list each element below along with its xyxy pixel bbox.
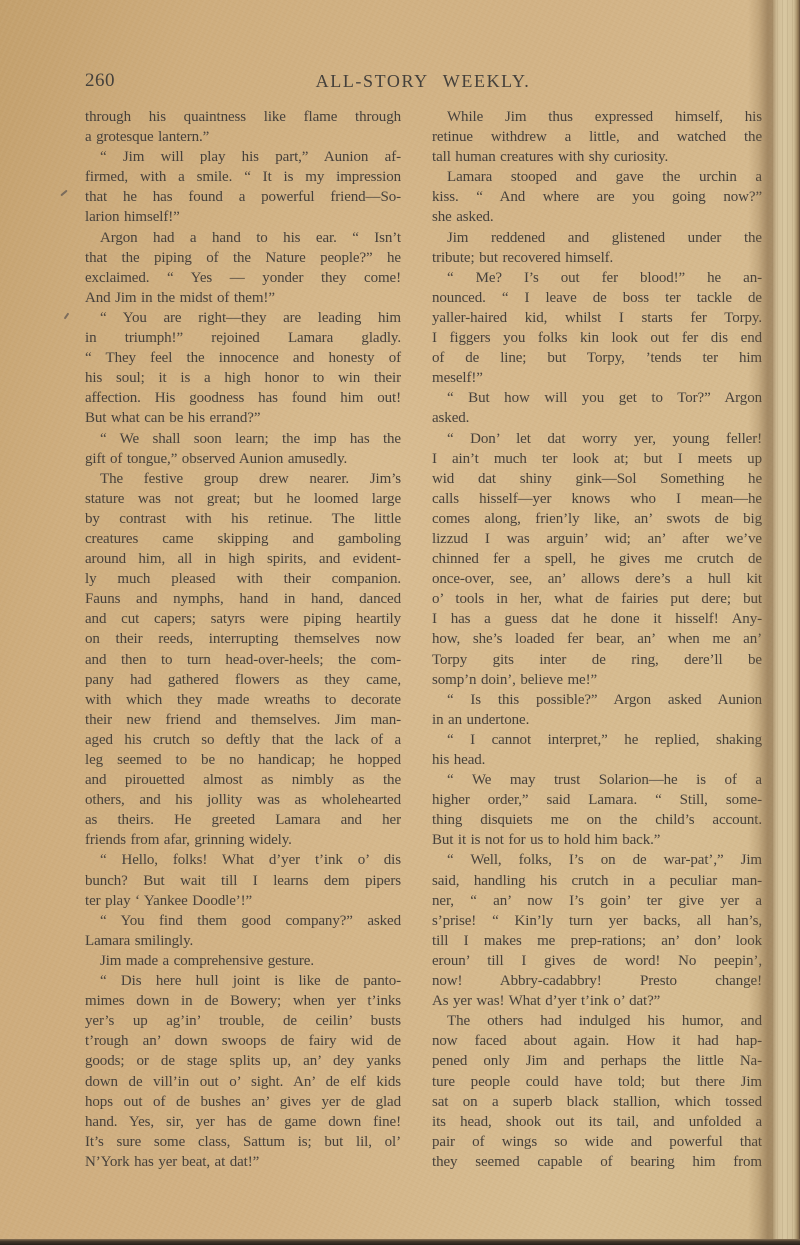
text-line: retinue withdrew a little, and watched t… bbox=[432, 127, 762, 147]
text-line: lizzud I was arguin’ wid; an’ after we’v… bbox=[432, 529, 762, 549]
text-line: As yer was! What d’yer t’ink o’ dat?” bbox=[432, 991, 762, 1011]
text-line: goods; or de stage splits up, an’ dey ya… bbox=[85, 1051, 401, 1071]
text-line: others, and his jollity was as wholehear… bbox=[85, 790, 401, 810]
text-line: Jim made a comprehensive gesture. bbox=[85, 951, 401, 971]
text-line: “ You find them good company?” asked bbox=[85, 911, 401, 931]
text-line: bunch? But wait till I learns dem pipers bbox=[85, 871, 401, 891]
text-line: I figgers you folks kin look out fer dis… bbox=[432, 328, 762, 348]
text-line: gift of tongue,” observed Aunion amusedl… bbox=[85, 449, 401, 469]
text-line: its head, shook out its tail, and unfold… bbox=[432, 1112, 762, 1132]
text-line: and then to turn head-over-heels; the co… bbox=[85, 650, 401, 670]
text-line: hand. Yes, sir, yer has de game down fin… bbox=[85, 1112, 401, 1132]
text-line: friends from afar, grinning widely. bbox=[85, 830, 401, 850]
text-line: pany had gathered flowers as they came, bbox=[85, 670, 401, 690]
text-line: t’rough an’ down swoops de fairy wid de bbox=[85, 1031, 401, 1051]
text-line: ly much pleased with their companion. bbox=[85, 569, 401, 589]
text-line: by contrast with his retinue. The little bbox=[85, 509, 401, 529]
text-line: thing disquiets me on the child’s accoun… bbox=[432, 810, 762, 830]
text-line: affection. His goodness has found him ou… bbox=[85, 388, 401, 408]
text-line: asked. bbox=[432, 408, 762, 428]
text-line: how, she’s loaded fer bear, an’ when me … bbox=[432, 629, 762, 649]
text-line: But it is not for us to hold him back.” bbox=[432, 830, 762, 850]
text-line: kiss. “ And where are you going now?” bbox=[432, 187, 762, 207]
text-line: calls hisself—yer knows who I mean—he bbox=[432, 489, 762, 509]
text-line: and cut capers; satyrs were piping heart… bbox=[85, 609, 401, 629]
text-line: as theirs. He greeted Lamara and her bbox=[85, 810, 401, 830]
text-line: tribute; but recovered himself. bbox=[432, 248, 762, 268]
pencil-mark bbox=[60, 190, 67, 197]
text-line: a grotesque lantern.” bbox=[85, 127, 401, 147]
text-line: “ You are right—they are leading him bbox=[85, 308, 401, 328]
text-line: ture people could have told; but there J… bbox=[432, 1072, 762, 1092]
text-line: they seemed capable of bearing him from bbox=[432, 1152, 762, 1172]
scanned-page: 260 ALL-STORY WEEKLY. through his quaint… bbox=[0, 0, 800, 1245]
text-line: While Jim thus expressed himself, his bbox=[432, 107, 762, 127]
text-column-right: While Jim thus expressed himself, hisret… bbox=[432, 107, 762, 1172]
text-line: their new friend and themselves. Jim man… bbox=[85, 710, 401, 730]
text-line: she asked. bbox=[432, 207, 762, 227]
text-line: Lamara smilingly. bbox=[85, 931, 401, 951]
text-line: down de vill’in out o’ sight. An’ de elf… bbox=[85, 1072, 401, 1092]
text-line: pair of wings so wide and powerful that bbox=[432, 1132, 762, 1152]
text-line: around him, all in high spirits, and evi… bbox=[85, 549, 401, 569]
text-line: creatures came skipping and gamboling bbox=[85, 529, 401, 549]
text-line: sat on a superb black stallion, which to… bbox=[432, 1092, 762, 1112]
book-bottom-edge bbox=[0, 1239, 800, 1245]
text-line: stature was not great; but he loomed lar… bbox=[85, 489, 401, 509]
text-line: But what can be his errand?” bbox=[85, 408, 401, 428]
text-line: The festive group drew nearer. Jim’s bbox=[85, 469, 401, 489]
text-line: chinned fer a spell, he gives me crutch … bbox=[432, 549, 762, 569]
text-line: in an undertone. bbox=[432, 710, 762, 730]
text-line: higher order,” said Lamara. “ Still, som… bbox=[432, 790, 762, 810]
text-line: The others had indulged his humor, and bbox=[432, 1011, 762, 1031]
text-line: his soul; it is a high honor to win thei… bbox=[85, 368, 401, 388]
text-line: nounced. “ I leave de boss ter tackle de bbox=[432, 288, 762, 308]
text-line: on their reeds, interrupting themselves … bbox=[85, 629, 401, 649]
text-line: of de line; but Torpy, ’tends ter him bbox=[432, 348, 762, 368]
text-line: and pirouetted almost as nimbly as the bbox=[85, 770, 401, 790]
text-line: meself!” bbox=[432, 368, 762, 388]
text-line: “ Well, folks, I’s on de war-pat’,” Jim bbox=[432, 850, 762, 870]
text-line: Fauns and nymphs, hand in hand, danced bbox=[85, 589, 401, 609]
running-title: ALL-STORY WEEKLY. bbox=[85, 71, 761, 92]
text-line: yaller-haired kid, whilst I starts fer T… bbox=[432, 308, 762, 328]
text-line: his head. bbox=[432, 750, 762, 770]
text-line: exclaimed. “ Yes — yonder they come! bbox=[85, 268, 401, 288]
text-line: Lamara stooped and gave the urchin a bbox=[432, 167, 762, 187]
text-line: “ We may trust Solarion—he is of a bbox=[432, 770, 762, 790]
text-line: mimes down in de Bowery; when yer t’inks bbox=[85, 991, 401, 1011]
text-line: Torpy gits inter de ring, dere’ll be bbox=[432, 650, 762, 670]
text-line: I ain’t much ter look at; but I meets up bbox=[432, 449, 762, 469]
text-line: “ We shall soon learn; the imp has the bbox=[85, 429, 401, 449]
text-line: And Jim in the midst of them!” bbox=[85, 288, 401, 308]
text-line: “ Me? I’s out fer blood!” he an- bbox=[432, 268, 762, 288]
text-line: I has a guess dat he done it hisself! An… bbox=[432, 609, 762, 629]
text-line: yer’s up ag’in’ trouble, de ceilin’ bust… bbox=[85, 1011, 401, 1031]
text-line: “ Don’ let dat worry yer, young feller! bbox=[432, 429, 762, 449]
text-line: that he has found a powerful friend—So- bbox=[85, 187, 401, 207]
text-line: that the piping of the Nature people?” h… bbox=[85, 248, 401, 268]
text-line: o’ tools in her, what de fairies put der… bbox=[432, 589, 762, 609]
text-line: “ Jim will play his part,” Aunion af- bbox=[85, 147, 401, 167]
text-line: said, handling his crutch in a peculiar … bbox=[432, 871, 762, 891]
text-line: Argon had a hand to his ear. “ Isn’t bbox=[85, 228, 401, 248]
text-line: “ But how will you get to Tor?” Argon bbox=[432, 388, 762, 408]
text-line: It’s sure some class, Sattum is; but lil… bbox=[85, 1132, 401, 1152]
text-line: somp’n doin’, believe me!” bbox=[432, 670, 762, 690]
text-line: till I makes me prep-rations; an’ don’ l… bbox=[432, 931, 762, 951]
text-line: larion himself!” bbox=[85, 207, 401, 227]
text-line: through his quaintness like flame throug… bbox=[85, 107, 401, 127]
text-line: eroun’ till I gives de word! No peepin’, bbox=[432, 951, 762, 971]
text-column-left: through his quaintness like flame throug… bbox=[85, 107, 401, 1172]
book-page-edge bbox=[748, 0, 800, 1245]
text-line: with which they made wreaths to decorate bbox=[85, 690, 401, 710]
page-header: 260 ALL-STORY WEEKLY. bbox=[85, 70, 761, 96]
text-line: “ They feel the innocence and honesty of bbox=[85, 348, 401, 368]
text-line: comes along, frien’ly like, an’ swots de… bbox=[432, 509, 762, 529]
text-line: aged his crutch so deftly that the lack … bbox=[85, 730, 401, 750]
text-line: Jim reddened and glistened under the bbox=[432, 228, 762, 248]
text-line: “ I cannot interpret,” he replied, shaki… bbox=[432, 730, 762, 750]
text-line: “ Dis here hull joint is like de panto- bbox=[85, 971, 401, 991]
text-line: now! Abbry-cadabbry! Presto change! bbox=[432, 971, 762, 991]
text-line: now faced about again. How it had hap- bbox=[432, 1031, 762, 1051]
text-line: firmed, with a smile. “ It is my impress… bbox=[85, 167, 401, 187]
text-line: once-over, see, an’ allows dere’s a hull… bbox=[432, 569, 762, 589]
text-line: pened only Jim and perhaps the little Na… bbox=[432, 1051, 762, 1071]
text-line: ner, “ an’ now I’s goin’ ter give yer a bbox=[432, 891, 762, 911]
text-line: in triumph!” rejoined Lamara gladly. bbox=[85, 328, 401, 348]
text-line: “ Hello, folks! What d’yer t’ink o’ dis bbox=[85, 850, 401, 870]
text-line: wid dat shiny gink—Sol Something he bbox=[432, 469, 762, 489]
text-line: hops out of de bushes an’ gives yer de g… bbox=[85, 1092, 401, 1112]
text-line: leg seemed to be no handicap; he hopped bbox=[85, 750, 401, 770]
text-line: N’York has yer beat, at dat!” bbox=[85, 1152, 401, 1172]
text-line: ter play ‘ Yankee Doodle’!” bbox=[85, 891, 401, 911]
text-line: s’prise! “ Kin’ly turn yer backs, all ha… bbox=[432, 911, 762, 931]
text-line: “ Is this possible?” Argon asked Aunion bbox=[432, 690, 762, 710]
pencil-mark bbox=[64, 313, 70, 320]
text-line: tall human creatures with shy curiosity. bbox=[432, 147, 762, 167]
